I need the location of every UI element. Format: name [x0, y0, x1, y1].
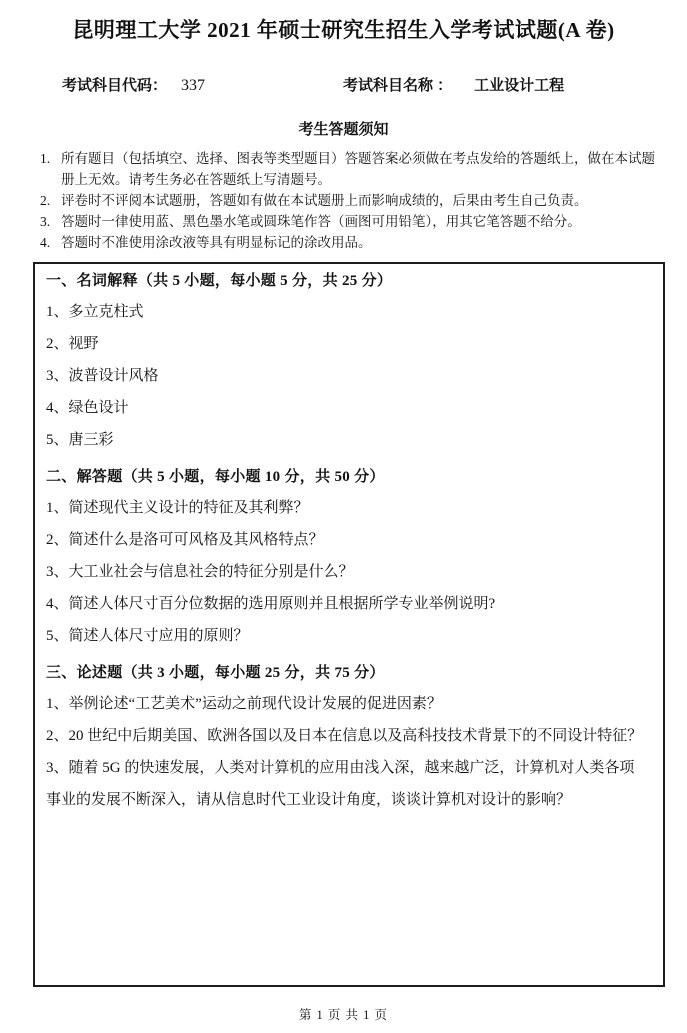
- notice-list: 1. 所有题目（包括填空、选择、图表等类型题目）答题答案必须做在考点发给的答题纸…: [40, 148, 665, 253]
- notice-title: 考生答题须知: [0, 120, 687, 140]
- notice-number: 1.: [40, 148, 61, 190]
- question-item: 5、简述人体尺寸应用的原则？: [46, 620, 649, 652]
- question-item: 3、随着 5G 的快速发展，人类对计算机的应用由浅入深，越来越广泛，计算机对人类…: [46, 752, 649, 816]
- notice-item: 2. 评卷时不评阅本试题册，答题如有做在本试题册上而影响成绩的，后果由考生自己负…: [40, 190, 665, 211]
- subject-name-value: 工业设计工程: [474, 77, 564, 94]
- notice-text: 答题时不准使用涂改液等具有明显标记的涂改用品。: [61, 232, 665, 253]
- notice-number: 4.: [40, 232, 61, 253]
- notice-text: 所有题目（包括填空、选择、图表等类型题目）答题答案必须做在考点发给的答题纸上，做…: [61, 148, 665, 190]
- subject-code-label: 考试科目代码：: [62, 77, 167, 94]
- question-item: 4、绿色设计: [46, 392, 649, 424]
- page-title: 昆明理工大学 2021 年硕士研究生招生入学考试试题(A 卷): [0, 0, 687, 44]
- subject-code: 考试科目代码：337: [62, 74, 205, 95]
- question-item: 2、简述什么是洛可可风格及其风格特点？: [46, 524, 649, 556]
- question-item: 1、多立克柱式: [46, 296, 649, 328]
- question-box: 一、名词解释（共 5 小题，每小题 5 分，共 25 分） 1、多立克柱式 2、…: [33, 262, 665, 987]
- notice-number: 3.: [40, 211, 61, 232]
- notice-number: 2.: [40, 190, 61, 211]
- notice-text: 答题时一律使用蓝、黑色墨水笔或圆珠笔作答（画图可用铅笔），用其它笔答题不给分。: [61, 211, 665, 232]
- notice-text: 评卷时不评阅本试题册，答题如有做在本试题册上而影响成绩的，后果由考生自己负责。: [61, 190, 665, 211]
- question-item: 1、举例论述“工艺美术”运动之前现代设计发展的促进因素？: [46, 688, 649, 720]
- subject-code-value: 337: [181, 77, 205, 94]
- section-1-heading: 一、名词解释（共 5 小题，每小题 5 分，共 25 分）: [46, 266, 649, 296]
- question-item: 3、大工业社会与信息社会的特征分别是什么？: [46, 556, 649, 588]
- question-item: 3、波普设计风格: [46, 360, 649, 392]
- question-item: 2、视野: [46, 328, 649, 360]
- subject-name-label: 考试科目名称 ：: [343, 77, 452, 94]
- section-3-heading: 三、论述题（共 3 小题，每小题 25 分，共 75 分）: [46, 658, 649, 688]
- notice-item: 3. 答题时一律使用蓝、黑色墨水笔或圆珠笔作答（画图可用铅笔），用其它笔答题不给…: [40, 211, 665, 232]
- section-2-heading: 二、解答题（共 5 小题，每小题 10 分，共 50 分）: [46, 462, 649, 492]
- notice-item: 1. 所有题目（包括填空、选择、图表等类型题目）答题答案必须做在考点发给的答题纸…: [40, 148, 665, 190]
- page-number-footer: 第 1 页 共 1 页: [0, 1005, 687, 1023]
- notice-item: 4. 答题时不准使用涂改液等具有明显标记的涂改用品。: [40, 232, 665, 253]
- question-item: 1、简述现代主义设计的特征及其利弊？: [46, 492, 649, 524]
- subject-name: 考试科目名称 ：工业设计工程: [343, 74, 564, 95]
- question-item: 5、唐三彩: [46, 424, 649, 456]
- question-item: 2、20 世纪中后期美国、欧洲各国以及日本在信息以及高科技技术背景下的不同设计特…: [46, 720, 649, 752]
- subject-info-row: 考试科目代码：337 考试科目名称 ：工业设计工程: [0, 74, 687, 96]
- question-item: 4、简述人体尺寸百分位数据的选用原则并且根据所学专业举例说明?: [46, 588, 649, 620]
